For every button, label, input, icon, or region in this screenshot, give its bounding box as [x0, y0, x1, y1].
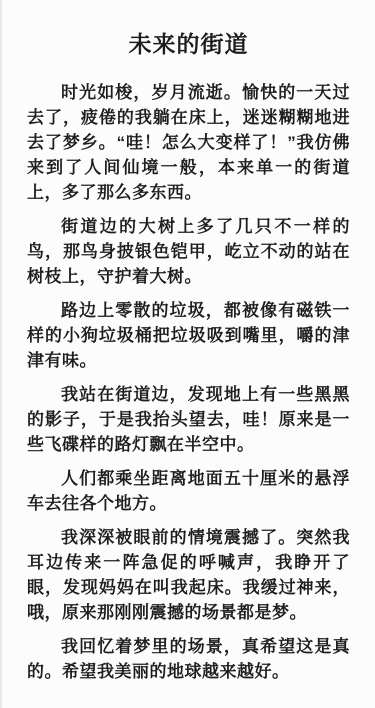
paragraph-3: 路边上零散的垃圾，都被像有磁铁一样的小狗垃圾桶把垃圾吸到嘴里，嚼的津津有味。 [27, 298, 350, 373]
paragraph-2: 街道边的大树上多了几只不一样的鸟，那鸟身披银色铠甲，屹立不动的站在树枝上，守护着… [27, 214, 350, 289]
document-title: 未来的街道 [27, 30, 350, 58]
paragraph-5: 人们都乘坐距离地面五十厘米的悬浮车去往各个地方。 [27, 466, 350, 516]
paragraph-6: 我深深被眼前的情境震撼了。突然我耳边传来一阵急促的呼喊声，我睁开了眼，发现妈妈在… [27, 525, 350, 625]
paragraph-4: 我站在街道边，发现地上有一些黑黑的影子，于是我抬头望去，哇！原来是一些飞碟样的路… [27, 382, 350, 457]
paragraph-7: 我回忆着梦里的场景，真希望这是真的。希望我美丽的地球越来越好。 [27, 634, 350, 684]
paragraph-1: 时光如梭，岁月流逝。愉快的一天过去了，疲倦的我躺在床上，迷迷糊糊地进去了梦乡。“… [27, 80, 350, 205]
document-page: 未来的街道 时光如梭，岁月流逝。愉快的一天过去了，疲倦的我躺在床上，迷迷糊糊地进… [0, 0, 375, 708]
page-left-edge [0, 0, 2, 708]
